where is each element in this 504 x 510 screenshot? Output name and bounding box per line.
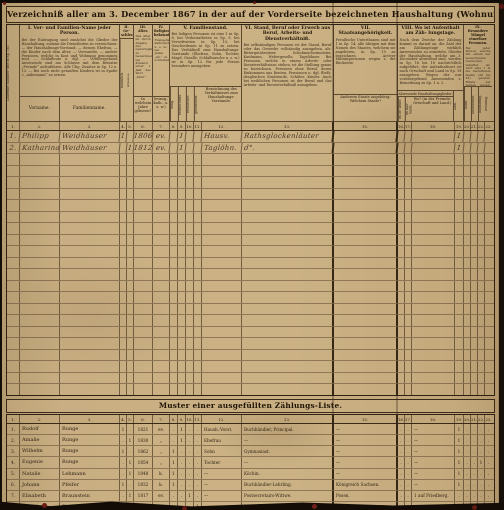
cell-col14 <box>334 350 398 361</box>
cell-col12 <box>202 154 242 165</box>
cell-col10 <box>186 384 194 395</box>
cell-col18 <box>455 269 464 280</box>
cell-col17 <box>412 269 455 280</box>
column-number: 16. <box>398 415 405 423</box>
cell-col11 <box>194 338 202 349</box>
cell-col21 <box>478 281 485 292</box>
cell-col8 <box>170 292 178 303</box>
cell-col7 <box>153 269 170 280</box>
cell-col19 <box>464 361 471 372</box>
cell-col13 <box>242 223 334 234</box>
cell-col11 <box>194 235 202 246</box>
cell-col17 <box>412 223 455 234</box>
cell-col22: . <box>485 480 492 490</box>
cell-col8 <box>170 154 178 165</box>
cell-col17 <box>412 154 455 165</box>
cell-col3 <box>60 212 120 223</box>
cell-col13 <box>242 269 334 280</box>
cell-col18 <box>455 235 464 246</box>
cell-col11 <box>194 350 202 361</box>
cell-col11: . <box>194 480 202 490</box>
cell-col4 <box>120 189 127 200</box>
cell-col1 <box>7 258 20 269</box>
cell-col14 <box>334 304 398 315</box>
cell-col16 <box>405 200 412 211</box>
cell-col9 <box>178 235 186 246</box>
cell-col1 <box>7 292 20 303</box>
cell-col20 <box>471 384 478 395</box>
cell-col8 <box>170 223 178 234</box>
column-number: 23. <box>485 122 492 130</box>
cell-col13 <box>242 327 334 338</box>
cell-col21 <box>478 373 485 384</box>
cell-col18: 1 <box>455 457 464 467</box>
cell-col10 <box>186 315 194 326</box>
empty-row <box>7 211 494 223</box>
cell-col17 <box>412 373 455 384</box>
cell-col22 <box>484 143 492 154</box>
cell-col17 <box>411 131 455 142</box>
photo-dark-edge-top <box>0 0 504 3</box>
cell-col13 <box>242 189 334 200</box>
cell-col17 <box>412 315 455 326</box>
cell-col19 <box>464 327 471 338</box>
cell-col8: . <box>170 424 178 434</box>
cell-col5: 1 <box>127 491 134 501</box>
cell-col15 <box>398 246 405 257</box>
empty-row <box>7 360 494 372</box>
subcol-irrsinnig: irrsinnig. <box>485 87 492 121</box>
cell-col18: 1 <box>455 480 464 490</box>
cell-col18 <box>455 338 464 349</box>
cell-col11: . <box>194 469 202 479</box>
cell-col12: — <box>202 480 242 490</box>
cell-col7 <box>153 177 170 188</box>
cell-col21 <box>478 258 485 269</box>
cell-col3 <box>60 315 120 326</box>
cell-col15 <box>398 235 405 246</box>
cell-col10 <box>186 338 194 349</box>
cell-col12 <box>202 304 242 315</box>
group9-instructions: Bei jeder Person, welche mit einem der b… <box>464 46 492 86</box>
cell-col21 <box>478 292 485 303</box>
cell-col22 <box>485 154 492 165</box>
column-number-row: 1.2.3.4.5.6.7.8.9.10.11.12.13.15.16.17.1… <box>7 122 494 131</box>
cell-col5 <box>127 177 134 188</box>
cell-col19 <box>464 269 471 280</box>
cell-col6: 1862 <box>134 446 153 456</box>
cell-col11 <box>194 189 202 200</box>
cell-col16 <box>405 327 412 338</box>
cell-col16: . <box>405 469 412 479</box>
cell-col15 <box>398 373 405 384</box>
cell-col22 <box>485 350 492 361</box>
cell-col12 <box>202 235 242 246</box>
cell-col3 <box>60 361 120 372</box>
cell-col11 <box>194 246 202 257</box>
cell-col19 <box>464 177 471 188</box>
cell-col19 <box>464 338 471 349</box>
cell-col6 <box>134 304 153 315</box>
column-number: 2. <box>20 122 60 130</box>
cell-col11 <box>194 315 202 326</box>
cell-col22 <box>485 338 492 349</box>
cell-col7 <box>153 200 170 211</box>
group2-title: II. Ge- schlecht. <box>120 25 133 38</box>
cell-col6 <box>134 373 153 384</box>
cell-col5 <box>127 338 134 349</box>
paper-fold-line <box>396 3 398 508</box>
group3-instructions: Das Alter ist durch Angabe des Geburtsja… <box>134 34 152 96</box>
column-number: 4. <box>120 415 127 423</box>
cell-col17 <box>411 143 455 154</box>
cell-col16 <box>405 304 412 315</box>
empty-row <box>7 165 494 177</box>
cell-col6 <box>134 154 153 165</box>
cell-col7: ev. <box>153 491 170 501</box>
cell-col22 <box>485 304 492 315</box>
cell-col7 <box>153 327 170 338</box>
cell-col7 <box>153 223 170 234</box>
cell-col10 <box>186 154 194 165</box>
cell-col5 <box>127 246 134 257</box>
group6-instructions: Bei selbständigen Personen ist der Stand… <box>242 42 333 121</box>
cell-col4 <box>120 177 127 188</box>
cell-col19 <box>464 223 471 234</box>
cell-col3: Runge <box>60 446 120 456</box>
cell-col22 <box>485 373 492 384</box>
cell-col4 <box>120 327 127 338</box>
photo-dark-edge-right <box>498 0 504 510</box>
cell-col17 <box>412 350 455 361</box>
cell-col13 <box>242 177 334 188</box>
subcol-maennlich: männlich. <box>120 39 127 121</box>
cell-col21: . <box>478 491 485 501</box>
column-number: 21. <box>471 415 478 423</box>
cell-col21 <box>478 166 485 177</box>
cell-col4 <box>120 384 127 395</box>
cell-col15 <box>398 292 405 303</box>
cell-col19: . <box>464 446 471 456</box>
cell-col16: . <box>405 435 412 445</box>
cell-col17 <box>412 235 455 246</box>
cell-col12: — <box>202 491 242 501</box>
cell-col2 <box>20 223 60 234</box>
cell-col13 <box>242 373 334 384</box>
cell-col7: ev. <box>152 143 170 154</box>
col-group-name: I. Vor- und Familien-Name jeder Person. … <box>20 25 120 121</box>
empty-row <box>7 314 494 326</box>
cell-col8 <box>170 177 178 188</box>
handwritten-entry-row: 2.KatharinaWeidhäuser11812ev.1Taglöhn.d°… <box>7 142 494 154</box>
cell-col4 <box>120 304 127 315</box>
cell-col18 <box>455 327 464 338</box>
column-number: 9. <box>178 122 186 130</box>
cell-col3: Runge <box>60 424 120 434</box>
column-number: 6. <box>134 122 153 130</box>
empty-row <box>7 326 494 338</box>
cell-col13 <box>242 350 334 361</box>
column-number: 8. <box>170 122 178 130</box>
cell-col3: Braunstein <box>60 491 120 501</box>
cell-col7 <box>153 361 170 372</box>
cell-col8 <box>170 373 178 384</box>
cell-col10 <box>186 281 194 292</box>
cell-col8 <box>170 338 178 349</box>
cell-col12 <box>202 212 242 223</box>
cell-col2 <box>20 327 60 338</box>
cell-col21: . <box>478 446 485 456</box>
document-title: Verzeichniß aller am 3. December 1867 in… <box>7 9 495 19</box>
muster-table-body: 1.RudolfRunge1.1821ev..1..Haush.-Vorst.B… <box>7 424 494 508</box>
cell-col21 <box>478 235 485 246</box>
cell-col16 <box>405 177 412 188</box>
cell-col8 <box>170 235 178 246</box>
cell-col2 <box>20 361 60 372</box>
cell-col3 <box>60 223 120 234</box>
cell-col6 <box>134 315 153 326</box>
cell-col14: — <box>334 446 398 456</box>
cell-col3: Lehmann <box>60 469 120 479</box>
cell-col6 <box>134 177 153 188</box>
cell-col18 <box>455 200 464 211</box>
cell-col15: . <box>398 435 405 445</box>
cell-col19: . <box>464 469 471 479</box>
empty-row <box>7 234 494 246</box>
cell-col8 <box>170 384 178 395</box>
cell-col7 <box>153 235 170 246</box>
cell-col2: Natalie <box>20 469 60 479</box>
cell-col3 <box>60 200 120 211</box>
cell-col1 <box>7 212 20 223</box>
subcol-vorname: Vorname. <box>20 97 60 121</box>
cell-col12: Taglöhn. <box>201 143 242 154</box>
group1-instructions: Bei der Eintragung sind zunächst die Gli… <box>20 37 119 96</box>
cell-col14 <box>334 177 398 188</box>
cell-col12: Sohn <box>202 446 242 456</box>
cell-col16 <box>405 212 412 223</box>
cell-col7 <box>153 246 170 257</box>
cell-col7 <box>153 384 170 395</box>
cell-col7 <box>153 304 170 315</box>
cell-col21 <box>478 327 485 338</box>
col-lfd-number: Laufende Nummer (wie in Sp. 1a). <box>7 25 20 121</box>
cell-col7: k. <box>153 480 170 490</box>
cell-col18: 1 <box>455 424 464 434</box>
column-number: 9. <box>178 415 186 423</box>
cell-col22 <box>485 361 492 372</box>
cell-col1 <box>7 166 20 177</box>
cell-col4 <box>120 166 127 177</box>
column-number: 5. <box>127 122 134 130</box>
cell-col18 <box>455 212 464 223</box>
cell-col6: 1806 <box>133 131 153 142</box>
cell-col3: Weidhäuser <box>59 131 120 142</box>
cell-col22 <box>485 246 492 257</box>
cell-col20 <box>471 361 478 372</box>
cell-col13 <box>242 315 334 326</box>
cell-col5 <box>127 350 134 361</box>
cell-col9 <box>178 338 186 349</box>
empty-row <box>7 245 494 257</box>
group7-instructions: Preußische Unterthanen sind mit 1 in Sp.… <box>334 37 397 94</box>
cell-col13 <box>242 212 334 223</box>
cell-col10 <box>186 361 194 372</box>
cell-col10 <box>186 200 194 211</box>
cell-col22: . <box>485 457 492 467</box>
cell-col15 <box>398 177 405 188</box>
cell-col6 <box>134 235 153 246</box>
cell-col14 <box>334 258 398 269</box>
cell-col19 <box>464 258 471 269</box>
cell-col19 <box>464 384 471 395</box>
cell-col12 <box>202 292 242 303</box>
cell-col11 <box>194 200 202 211</box>
cell-col22 <box>485 281 492 292</box>
cell-col5: 1 <box>127 469 134 479</box>
cell-col14 <box>334 223 398 234</box>
cell-col1 <box>7 304 20 315</box>
cell-col16 <box>405 189 412 200</box>
cell-col2 <box>20 200 60 211</box>
cell-col1: 1. <box>7 424 20 434</box>
cell-col10 <box>186 350 194 361</box>
col-group-familienstand: V. Familienstand. Bei ledigen Personen i… <box>170 25 242 121</box>
cell-col21 <box>478 200 485 211</box>
cell-col15 <box>398 212 405 223</box>
cell-col7 <box>153 338 170 349</box>
muster-row: 6.JohannPfeifer1.1832k.1...—Buchhändler-… <box>7 479 494 490</box>
cell-col21 <box>478 154 485 165</box>
cell-col19 <box>464 166 471 177</box>
cell-col21: . <box>478 469 485 479</box>
cell-col16: . <box>405 446 412 456</box>
cell-col22: . <box>485 446 492 456</box>
cell-col13: Köchin. <box>242 469 334 479</box>
col-group-geschlecht: II. Ge- schlecht. männlich. weiblich. <box>120 25 134 121</box>
cell-col11 <box>194 292 202 303</box>
subcol-bloedsinnig: blödsinnig. <box>478 87 485 121</box>
cell-col11 <box>194 269 202 280</box>
cell-col1: 7. <box>7 491 20 501</box>
cell-col2 <box>20 315 60 326</box>
column-number: 15. <box>334 415 398 423</box>
cell-col4: . <box>120 457 127 467</box>
cell-col17 <box>412 258 455 269</box>
cell-col22: . <box>485 491 492 501</box>
cell-col3 <box>60 292 120 303</box>
cell-col4: 1 <box>120 480 127 490</box>
cell-col14 <box>334 292 398 303</box>
cell-col5: . <box>127 424 134 434</box>
cell-col11 <box>194 281 202 292</box>
column-number: 22. <box>478 122 485 130</box>
cell-col3 <box>60 269 120 280</box>
col-group-maengel: IX. Besondere Mängel einzelner Personen.… <box>464 25 492 121</box>
cell-col6 <box>134 281 153 292</box>
cell-col5 <box>127 373 134 384</box>
cell-col6 <box>134 212 153 223</box>
column-number: 6. <box>134 415 153 423</box>
cell-col13: Buchhändler-Lehrling. <box>242 480 334 490</box>
cell-col16 <box>405 373 412 384</box>
cell-col20 <box>471 177 478 188</box>
cell-col12 <box>202 373 242 384</box>
group8-instructions: Nach dem Zwecke der Zählung kommt es dar… <box>398 37 463 90</box>
subcol-familienname: Familienname. <box>60 97 119 121</box>
cell-col19: . <box>464 491 471 501</box>
cell-col10: . <box>186 457 194 467</box>
cell-col2 <box>20 338 60 349</box>
cell-col1: 6. <box>7 480 20 490</box>
cell-col15: . <box>398 491 405 501</box>
cell-col16: . <box>405 480 412 490</box>
muster-row: 3.WilhelmRunge1.1862„1...SohnGymnasiast.… <box>7 445 494 456</box>
cell-col17 <box>412 361 455 372</box>
cell-col1 <box>7 200 20 211</box>
cell-col18 <box>455 384 464 395</box>
cell-col9 <box>178 384 186 395</box>
empty-row <box>7 268 494 280</box>
cell-col16 <box>405 350 412 361</box>
cell-col7 <box>153 292 170 303</box>
cell-col12 <box>202 384 242 395</box>
cell-col22: . <box>485 435 492 445</box>
cell-col3 <box>60 350 120 361</box>
cell-col7 <box>153 212 170 223</box>
cell-col11: . <box>194 435 202 445</box>
cell-col6 <box>134 189 153 200</box>
cell-col22 <box>485 200 492 211</box>
cell-col11: . <box>194 457 202 467</box>
cell-col7: ev. <box>153 424 170 434</box>
cell-col14 <box>334 315 398 326</box>
cell-col1 <box>7 269 20 280</box>
cell-col7: ev. <box>152 131 170 142</box>
cell-col6 <box>134 327 153 338</box>
cell-col16: . <box>405 491 412 501</box>
cell-col16 <box>405 258 412 269</box>
cell-col22 <box>485 166 492 177</box>
cell-col7 <box>153 166 170 177</box>
cell-col14 <box>333 143 398 154</box>
cell-col2 <box>20 189 60 200</box>
cell-col5 <box>127 269 134 280</box>
cell-col18 <box>455 177 464 188</box>
cell-col14 <box>334 327 398 338</box>
muster-row: 7.ElisabethBraunstein.11817ev...1.—Posts… <box>7 490 494 501</box>
group8-title: VIII. Wo ist Aufenthalt am Zäh- lungstag… <box>398 25 463 37</box>
cell-col6 <box>134 166 153 177</box>
cell-col16 <box>405 292 412 303</box>
cell-col10 <box>186 258 194 269</box>
cell-col8: . <box>170 435 178 445</box>
cell-col20 <box>471 304 478 315</box>
scanned-census-form: { "page": { "title": "Verzeichniß aller … <box>0 0 504 510</box>
column-number: 22. <box>478 415 485 423</box>
cell-col4 <box>120 373 127 384</box>
empty-row <box>7 303 494 315</box>
empty-row <box>7 280 494 292</box>
cell-col4 <box>120 154 127 165</box>
cell-col12 <box>202 315 242 326</box>
cell-col22 <box>485 235 492 246</box>
cell-col15 <box>398 166 405 177</box>
cell-col12 <box>202 338 242 349</box>
cell-col6 <box>134 200 153 211</box>
cell-col7 <box>153 315 170 326</box>
cell-col3 <box>60 246 120 257</box>
